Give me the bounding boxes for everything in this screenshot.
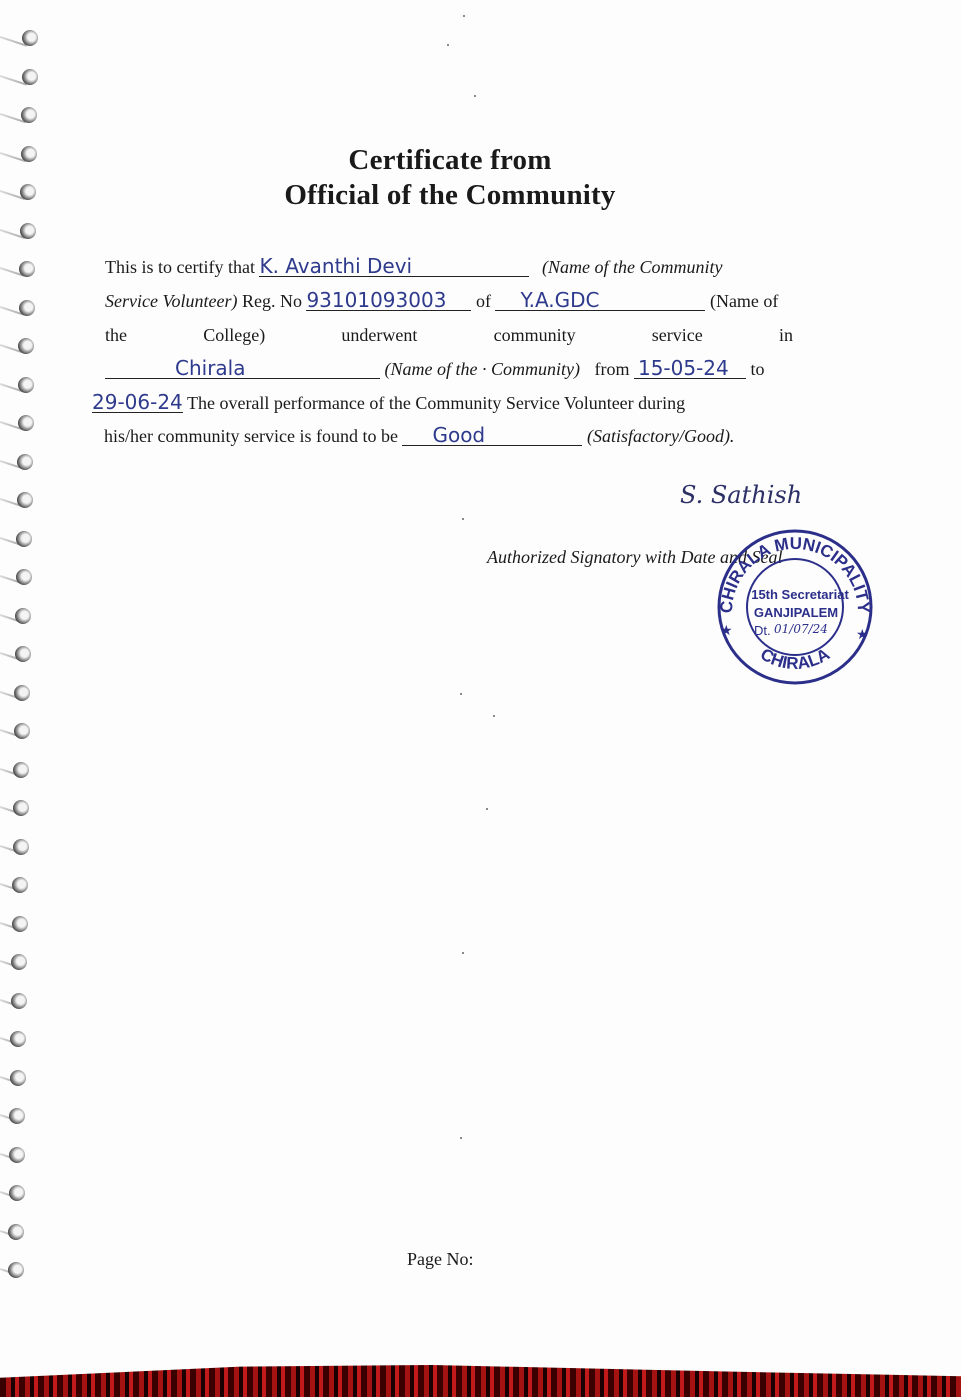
spiral-ring (10, 1070, 26, 1086)
spiral-ring (17, 492, 33, 508)
spiral-ring (21, 107, 37, 123)
spiral-ring (14, 723, 30, 739)
paper-speck (462, 952, 464, 954)
spiral-ring (11, 993, 27, 1009)
spiral-ring (8, 1262, 24, 1278)
page-number-label: Page No: (407, 1249, 474, 1270)
municipality-seal: CHIRALA MUNICIPALITY CHIRALA ★ ★ 15th Se… (712, 527, 878, 687)
star-icon: ★ (856, 628, 869, 643)
spiral-ring (18, 377, 34, 393)
spiral-ring (18, 415, 34, 431)
spiral-ring (18, 338, 34, 354)
body-line-6: his/her community service is found to be… (104, 425, 734, 447)
seal-date-label: Dt. (754, 623, 771, 638)
performance-text: The overall performance of the Community… (187, 393, 685, 413)
spiral-ring (19, 261, 35, 277)
svg-text:CHIRALA: CHIRALA (757, 644, 833, 673)
volunteer-caption: Service Volunteer) (105, 291, 237, 311)
performance-caption: (Satisfactory/Good). (587, 426, 734, 446)
paper-speck (460, 693, 462, 695)
spiral-ring (14, 685, 30, 701)
body-line-4: Chirala (Name of the · Community) from 1… (105, 358, 764, 380)
title-line-1: Certificate from (0, 144, 900, 177)
spiral-ring (13, 839, 29, 855)
community-caption: (Name of the · Community) (385, 359, 580, 379)
spiral-ring (13, 800, 29, 816)
line3-word: in (779, 325, 793, 346)
volunteer-name-field: K. Avanthi Devi (259, 256, 529, 277)
spiral-ring (16, 531, 32, 547)
star-icon: ★ (720, 624, 733, 639)
from-text: from (594, 359, 629, 379)
spiral-ring (9, 1147, 25, 1163)
seal-date: 01/07/24 (774, 622, 828, 636)
of-text: of (476, 291, 491, 311)
college-caption: (Name of (710, 291, 778, 311)
community-name-field: Chirala (105, 358, 380, 379)
spiral-ring (13, 762, 29, 778)
line3-word: service (652, 325, 703, 346)
line3-word: underwent (341, 325, 417, 346)
body-line-2: Service Volunteer) Reg. No 93101093003 o… (105, 290, 778, 312)
volunteer-name-caption: (Name of the Community (542, 257, 722, 277)
seal-line-2: GANJIPALEM (754, 605, 838, 620)
paper-speck (474, 95, 476, 97)
table-surface-edge (0, 1365, 961, 1397)
body-line-3: theCollege)underwentcommunityservicein (105, 325, 793, 346)
performance-field: Good (402, 425, 582, 446)
spiral-ring (17, 454, 33, 470)
paper-speck (462, 518, 464, 520)
paper-speck (447, 44, 449, 46)
spiral-ring (9, 1185, 25, 1201)
spiral-ring (12, 877, 28, 893)
signature: S. Sathish (680, 481, 802, 509)
spiral-ring (9, 1108, 25, 1124)
from-date-field: 15-05-24 (634, 358, 746, 379)
spiral-ring (8, 1224, 24, 1240)
spiral-ring (15, 646, 31, 662)
title-line-2: Official of the Community (0, 179, 900, 212)
line3-word: College) (203, 325, 265, 346)
certify-text: This is to certify that (105, 257, 255, 277)
spiral-ring (20, 223, 36, 239)
spiral-ring (22, 69, 38, 85)
spiral-ring (16, 569, 32, 585)
spiral-ring (19, 300, 35, 316)
college-field: Y.A.GDC (495, 290, 705, 311)
spiral-ring (10, 1031, 26, 1047)
spiral-ring (22, 30, 38, 46)
body-line-5: 29-06-24 The overall performance of the … (92, 392, 685, 414)
reg-no-field: 93101093003 (306, 290, 471, 311)
seal-line-1: 15th Secretariat (751, 587, 849, 602)
certificate-page: Certificate from Official of the Communi… (0, 0, 961, 1397)
svg-text:CHIRALA MUNICIPALITY: CHIRALA MUNICIPALITY (717, 534, 873, 614)
spiral-ring (11, 954, 27, 970)
paper-speck (460, 1137, 462, 1139)
spiral-ring (15, 608, 31, 624)
seal-outer-bottom: CHIRALA (757, 644, 833, 673)
paper-speck (463, 15, 465, 17)
found-to-be-text: his/her community service is found to be (104, 426, 398, 446)
seal-outer-top: CHIRALA MUNICIPALITY (717, 534, 873, 614)
paper-speck (493, 715, 495, 717)
line3-word: community (494, 325, 576, 346)
to-date-field: 29-06-24 (92, 392, 183, 413)
reg-no-label: Reg. No (242, 291, 302, 311)
body-line-1: This is to certify that K. Avanthi Devi … (105, 256, 722, 278)
spiral-ring (12, 916, 28, 932)
to-text: to (750, 359, 764, 379)
paper-speck (486, 808, 488, 810)
line3-word: the (105, 325, 127, 346)
